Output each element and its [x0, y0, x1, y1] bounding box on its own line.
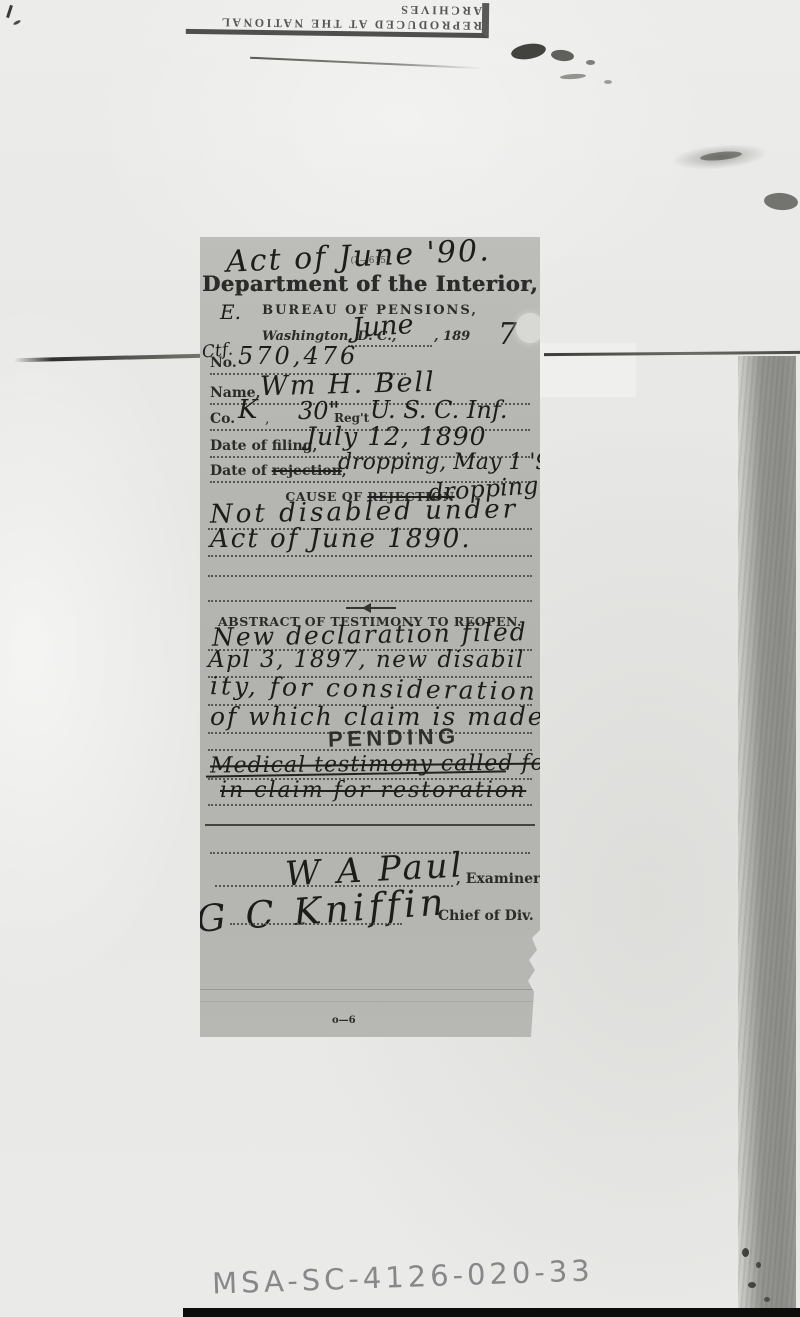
crease-line [200, 989, 540, 990]
blank-rule [208, 582, 532, 602]
claim-number-value: 570,476 [238, 342, 358, 370]
solid-rule [205, 824, 535, 826]
rejection-label-struck: rejection [272, 463, 342, 479]
dateline-year-printed: , 189 [434, 329, 470, 344]
edge-speck [742, 1248, 749, 1257]
edge-speck [764, 1297, 770, 1302]
form-number: (3—615) [200, 256, 540, 266]
ink-speck [586, 60, 595, 65]
rejection-label: Date of rejection, [210, 463, 347, 479]
print-code: o—6 [332, 1015, 356, 1026]
department-heading: Department of the Interior, [200, 271, 540, 296]
edge-speck [756, 1262, 761, 1268]
unit-value: U. S. C. Inf. [370, 396, 507, 424]
company-label: Co. [210, 411, 235, 427]
dateline-rule [348, 325, 432, 347]
signature-rule [230, 909, 402, 925]
crease-line [200, 1001, 540, 1002]
examiner-label: , Examiner. [456, 871, 544, 887]
stamp-text: REPRODUCED AT THE NATIONAL ARCHIVES [186, 0, 482, 33]
scan-edge-bar [183, 1308, 800, 1317]
company-comma: , [265, 411, 269, 427]
section-divider [346, 607, 396, 609]
chief-label: Chief of Div. [438, 908, 534, 924]
light-patch [540, 343, 636, 397]
pension-record-card: Act of June '90. (3—615) Department of t… [200, 237, 540, 1037]
abstract-text-3: ity, for consideration [210, 671, 538, 706]
abstract-text-2: Apl 3, 1897, new disabil [208, 647, 525, 673]
claim-number-label: No. [210, 355, 237, 371]
company-value: K [238, 395, 257, 425]
rejection-label-prefix: Date of [210, 463, 272, 479]
paper-damage-spot [516, 313, 544, 343]
struck-note-text-2: in claim for restoration [220, 778, 526, 803]
blank-rule [208, 557, 532, 577]
dateline-year-digit: 7 [498, 317, 517, 352]
cause-line-2: Act of June 1890. [208, 528, 532, 557]
blank-rule [208, 735, 532, 751]
scan-edge-shadow-band [738, 356, 796, 1317]
filing-label: Date of filing, [210, 438, 317, 454]
struck-note-line-2: in claim for restoration [208, 780, 532, 806]
national-archives-stamp: REPRODUCED AT THE NATIONAL ARCHIVES [186, 0, 489, 38]
edge-speck [748, 1282, 756, 1288]
section-divider-arrow [362, 603, 371, 613]
cause-text-2: Act of June 1890. [210, 524, 472, 554]
ink-speck [604, 80, 612, 84]
filing-value: July 12, 1890 [306, 422, 487, 451]
